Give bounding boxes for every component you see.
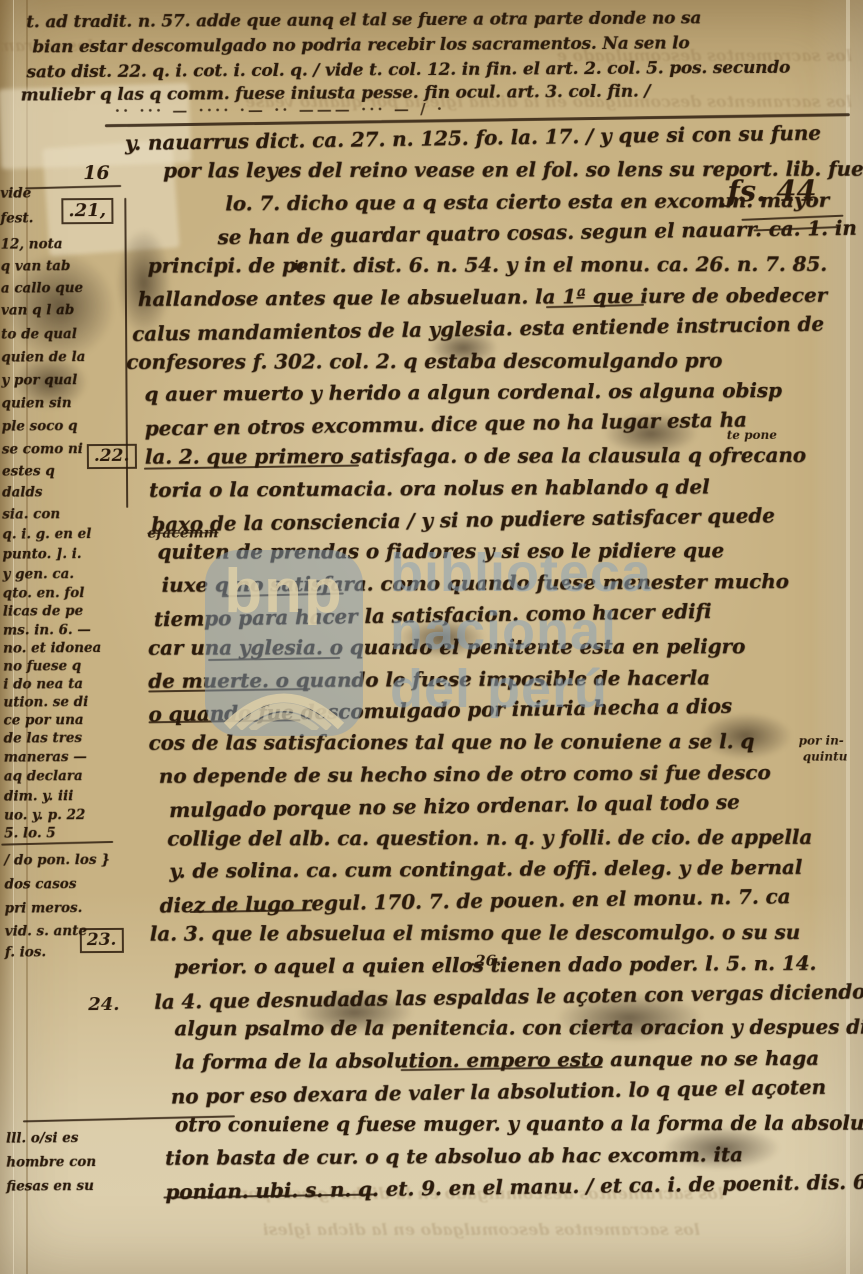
manuscript-line: tion basta de cur. o q te absoluo ab hac… — [165, 1142, 743, 1170]
ink-blot — [294, 990, 414, 1035]
margin-note: punto. ]. i. — [2, 546, 81, 562]
ink-blot — [698, 712, 792, 761]
ink-layer: ·· ··· — ···· ·— ·· ——— ··· — / · t. ad … — [0, 0, 863, 1274]
manuscript-line: collige del alb. ca. question. n. q. y f… — [167, 824, 812, 850]
interlinear-annotation: ƒs. 44 — [727, 174, 817, 209]
manuscript-line: principi. de penit. dist. 6. n. 54. y in… — [148, 252, 827, 278]
manuscript-line: baxo de la consciencia / y si no pudiere… — [151, 503, 775, 536]
manuscript-line: toria o la contumacia. ora nolus en habl… — [149, 474, 710, 501]
manuscript-page: los sacramentos descomulgado en la dicha… — [0, 0, 863, 1274]
margin-note: f. ios. — [5, 944, 46, 960]
margin-note: fest. — [0, 210, 33, 226]
manuscript-line: hallandose antes que le absueluan. la 1ª… — [138, 283, 827, 311]
manuscript-line: cos de las satisfaciones tal que no le c… — [149, 729, 755, 755]
margin-note: de las tres — [4, 730, 83, 746]
margin-note: i do nea ta — [3, 676, 83, 692]
manuscript-line: confesores f. 302. col. 2. q estaba desc… — [126, 348, 722, 374]
top-note-line: t. ad tradit. n. 57. adde que aunq el ta… — [26, 8, 701, 32]
manuscript-line: algun psalmo de la penitencia. con ciert… — [174, 1015, 863, 1041]
margin-note: fiesas en su — [6, 1178, 94, 1195]
ink-blot — [115, 228, 172, 338]
margin-note: vid. s. ante — [5, 923, 87, 940]
margin-note: no fuese q — [3, 658, 81, 674]
ink-blot — [398, 618, 486, 659]
manuscript-line: y. de solina. ca. cum contingat. de offi… — [169, 855, 802, 883]
interlinear-annotation: .26. — [470, 952, 501, 970]
margin-note: ution. se di — [3, 694, 88, 711]
manuscript-line: la 4. que desnudadas las espaldas le aço… — [154, 979, 863, 1014]
ink-blot — [12, 354, 88, 410]
ink-blot — [554, 992, 704, 1043]
top-note-line: sato dist. 22. q. i. cot. i. col. q. / v… — [26, 58, 790, 83]
ink-blot — [661, 1126, 781, 1171]
interlinear-annotation: in — [294, 259, 308, 274]
top-note-line: bian estar descomulgado no podria recebi… — [32, 33, 689, 57]
margin-note: estes q — [2, 463, 55, 479]
margin-note: hombre con — [6, 1154, 96, 1171]
manuscript-line: se han de guardar quatro cosas. segun el… — [217, 216, 857, 249]
manuscript-line: diez de lugo regul. 170. 7. de pouen. en… — [159, 884, 790, 917]
margin-note: se como ni — [2, 441, 83, 457]
manuscript-line: ponian. ubi. s. n. q. et. 9. en el manu.… — [165, 1169, 863, 1205]
section-number-marker: .22. — [87, 444, 137, 469]
hand-drawn-stroke — [1, 841, 113, 846]
manuscript-line: quiten de prendas o fiadores y si eso le… — [157, 539, 724, 564]
margin-note: licas de pe — [3, 603, 83, 619]
interlinear-annotation: efacemm — [147, 525, 218, 541]
margin-note: q. i. g. en el — [2, 526, 91, 543]
manuscript-line: no por eso dexara de valer la absolution… — [171, 1075, 827, 1109]
top-note-line: muliebr q las q comm. fuese iniusta pess… — [21, 82, 651, 106]
margin-note: qto. en. fol — [3, 585, 85, 601]
margin-note: dim. y. iii — [4, 788, 73, 804]
section-number-marker: .21, — [61, 198, 113, 224]
margin-note: dalds — [2, 484, 42, 500]
manuscript-line: mulgado porque no se hizo ordenar. lo qu… — [169, 789, 740, 821]
manuscript-line: la. 3. que le absuelua el mismo que le d… — [150, 920, 800, 946]
margin-note: ms. in. 6. — — [3, 622, 91, 639]
manuscript-line: y. nauarrus dict. ca. 27. n. 125. fo. la… — [125, 121, 821, 155]
margin-note: lll. o/si es — [6, 1130, 78, 1146]
hand-drawn-stroke — [25, 185, 121, 189]
interlinear-annotation: quintu — [803, 749, 848, 763]
margin-note: ce por una — [3, 712, 83, 728]
margin-note: uo. y. p. 22 — [4, 807, 85, 823]
ink-blot — [4, 250, 117, 363]
margin-note: dos casos — [4, 876, 76, 892]
margin-note: y gen. ca. — [3, 566, 75, 582]
section-number-marker: 23. — [80, 928, 124, 953]
margin-note: no. et idonea — [3, 640, 101, 657]
manuscript-line: no depende de su hecho sino de otro como… — [159, 760, 771, 788]
margin-note: sia. con — [2, 506, 60, 522]
margin-note: ple soco q — [2, 418, 78, 434]
ink-blot — [428, 330, 498, 366]
manuscript-line: iuxe q no satisfara. como quando fuese m… — [162, 569, 789, 597]
manuscript-line: q auer muerto y herido a algun cordenal.… — [144, 378, 782, 406]
margin-note: 5. lo. 5 — [4, 825, 56, 841]
section-number-marker: 24. — [88, 994, 119, 1015]
margin-note: pri meros. — [5, 900, 83, 916]
manuscript-line: la. 2. que primero satisfaga. o de sea l… — [145, 443, 806, 469]
interlinear-annotation: te pone — [727, 428, 777, 442]
margin-note: / do pon. los } — [4, 852, 110, 869]
margin-note: maneras — — [4, 749, 87, 766]
section-number-marker: 16 — [83, 162, 110, 184]
interlinear-annotation: por in- — [799, 733, 844, 747]
margin-note: aq declara — [4, 768, 83, 784]
ink-blot — [603, 412, 699, 455]
